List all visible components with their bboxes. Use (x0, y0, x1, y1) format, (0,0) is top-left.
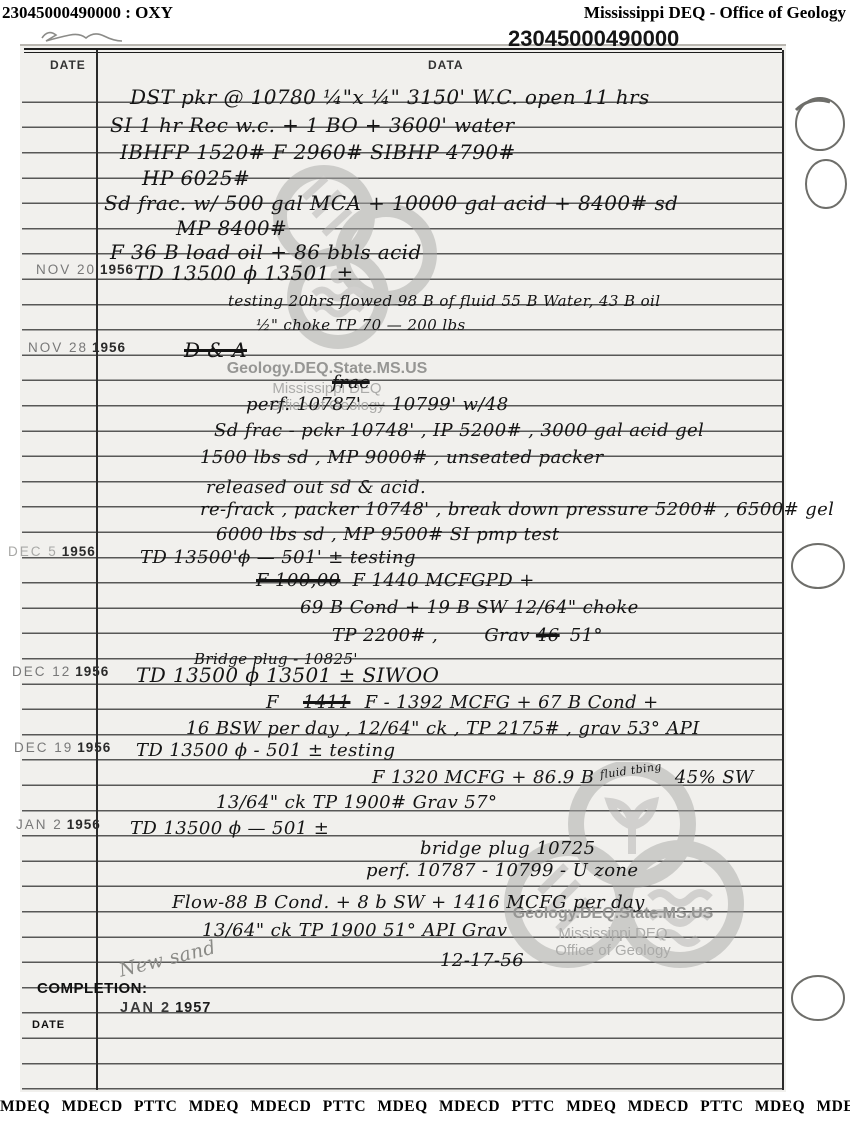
entry-line: 16 BSW per day , 12/64" ck , TP 2175# , … (186, 718, 700, 739)
entry-text: Grav (484, 625, 529, 646)
entry-line: SI 1 hr Rec w.c. + 1 BO + 3600' water (110, 113, 514, 137)
entry-line: TP 2200# , Grav 46 51° (332, 625, 603, 646)
date-column-divider (96, 50, 98, 1090)
struck-value: 46 (536, 625, 560, 646)
entry-line: TD 13500'ϕ — 501' ± testing (140, 547, 416, 568)
stamp-day: DEC 5 (8, 544, 58, 559)
stamp-year: 1956 (92, 340, 126, 355)
stamp-year: 1957 (175, 1000, 211, 1016)
date-stamp-nov20: NOV 201956 (36, 262, 134, 277)
entry-line: F 1320 MCFG + 86.9 B fluid tbing 45% SW (372, 767, 754, 788)
entry-line: ½" choke TP 70 — 200 lbs (256, 316, 466, 334)
entry-line: Sd frac - pckr 10748' , IP 5200# , 3000 … (214, 420, 704, 441)
bottom-date-label: DATE (32, 1019, 65, 1031)
stamp-day: DEC 12 (12, 664, 71, 679)
entry-line: perf. 10787' — 10799' w/48 (246, 394, 509, 415)
stamp-year: 1956 (75, 664, 109, 679)
entry-line: F 1411 F - 1392 MCFG + 67 B Cond + (266, 692, 659, 713)
entry-line-struck: frac (332, 372, 370, 393)
scan-artifact-ring-bottom (786, 970, 850, 1026)
entry-line: 6000 lbs sd , MP 9500# SI pmp test (216, 524, 560, 545)
entry-line-struck: D & A (184, 338, 247, 362)
entry-text: F 1440 MCFGPD + (353, 570, 535, 591)
entry-text: 51° (570, 625, 603, 646)
document-id-header: 23045000490000 : OXY (2, 3, 173, 23)
entry-text: 45% SW (675, 767, 754, 788)
scan-artifact-ring-middle (786, 538, 850, 594)
entry-line: 1500 lbs sd , MP 9000# , unseated packer (200, 447, 603, 468)
entry-text: F - 1392 MCFG + 67 B Cond + (365, 692, 659, 713)
struck-value: 1411 (303, 692, 350, 713)
date-column-header: DATE (50, 58, 86, 72)
stamp-day: NOV 20 (36, 262, 96, 277)
entry-line: TD 13500 ϕ - 501 ± testing (136, 740, 395, 761)
entry-line: TD 13500 ϕ 13501 ± (134, 261, 354, 285)
entry-line: 13/64" ck TP 1900 51° API Grav (202, 920, 507, 941)
date-stamp-dec5: DEC 51956 (8, 544, 96, 559)
stamp-day: JAN 2 (120, 1000, 171, 1016)
entry-line: 69 B Cond + 19 B SW 12/64" choke (300, 597, 639, 618)
struck-value: F 100,00 (256, 570, 340, 591)
entry-line: IBHFP 1520# F 2960# SIBHP 4790# (120, 140, 516, 164)
data-column-header: DATA (428, 58, 464, 72)
date-stamp-dec19: DEC 191956 (14, 740, 111, 755)
entry-line: released out sd & acid. (206, 477, 426, 498)
entry-line: F 100,00 F 1440 MCFGPD + (256, 570, 535, 591)
entry-line: 12-17-56 (440, 950, 524, 971)
stamp-year: 1956 (67, 817, 101, 832)
entry-line: Sd frac. w/ 500 gal MCA + 10000 gal acid… (104, 191, 678, 215)
date-stamp-dec12: DEC 121956 (12, 664, 109, 679)
entry-line: DST pkr @ 10780 ¼"x ¼" 3150' W.C. open 1… (130, 85, 650, 109)
completion-label: COMPLETION: (37, 980, 148, 997)
stamp-day: JAN 2 (16, 817, 63, 832)
stamp-day: DEC 19 (14, 740, 73, 755)
stamp-year: 1956 (62, 544, 96, 559)
entry-line: MP 8400# (176, 216, 287, 240)
entry-line: bridge plug 10725 (420, 838, 595, 859)
entry-line: perf. 10787 - 10799 - U zone (366, 860, 638, 881)
table-right-border (782, 50, 784, 1090)
date-stamp-nov28: NOV 281956 (28, 340, 126, 355)
entry-text: F (266, 692, 279, 713)
entry-line: HP 6025# (142, 166, 250, 190)
date-stamp-jan2: JAN 21956 (16, 817, 101, 832)
entry-line: TD 13500 ϕ 13501 ± SIWOO (136, 663, 439, 687)
completion-date-stamp: JAN 21957 (120, 1000, 211, 1016)
stamp-year: 1956 (100, 262, 134, 277)
entry-text: TP 2200# , (332, 625, 438, 646)
footer-strip: MDEQ MDECD PTTC MDEQ MDECD PTTC MDEQ MDE… (0, 1098, 850, 1116)
scanned-well-record-page: 23045000490000 : OXY Mississippi DEQ - O… (0, 0, 850, 1133)
table-top-line-2 (24, 52, 782, 53)
entry-line: testing 20hrs flowed 98 B of fluid 55 B … (228, 292, 660, 310)
entry-line: Flow-88 B Cond. + 8 b SW + 1416 MCFG per… (172, 892, 645, 913)
agency-header: Mississippi DEQ - Office of Geology (584, 3, 846, 23)
stamp-day: NOV 28 (28, 340, 88, 355)
entry-line: re-frack , packer 10748' , break down pr… (200, 499, 834, 520)
entry-line: 13/64" ck TP 1900# Grav 57° (216, 792, 497, 813)
entry-line: TD 13500 ϕ — 501 ± (130, 818, 329, 839)
table-top-line (24, 48, 782, 50)
scan-artifact-rings-top (786, 92, 850, 218)
entry-text: F 1320 MCFG + 86.9 B (372, 767, 594, 788)
stamp-year: 1956 (77, 740, 111, 755)
